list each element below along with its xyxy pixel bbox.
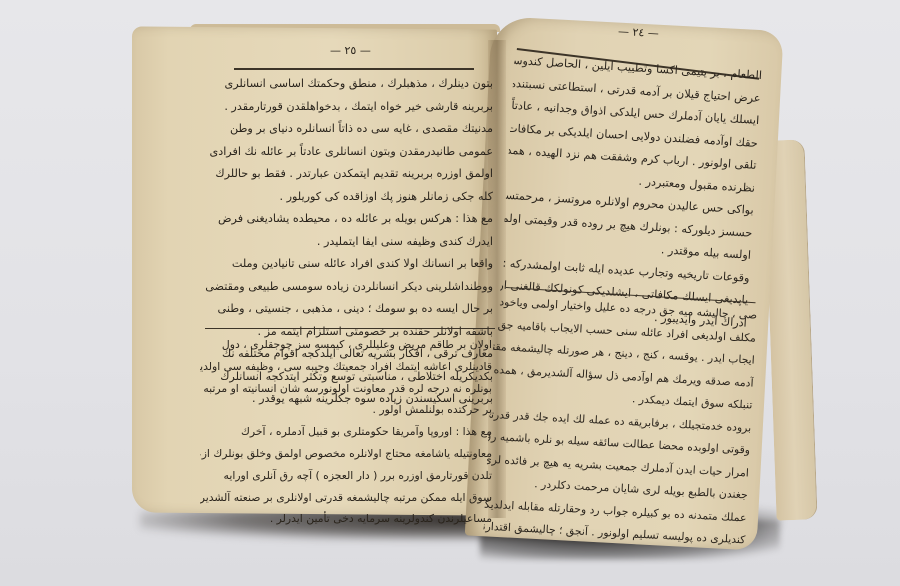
text-line: ووطنداشلرينى ديكر انسانلردن زياده سومسى … xyxy=(203,276,493,299)
text-line: مدنيتك مقصدى ، غايه سى ده ذاتاً انسانلره… xyxy=(203,118,493,141)
right-page-footnote: صى ، چاليشه ميه جق درجه ده عليل واختيار … xyxy=(483,291,758,552)
footnote-line: مساعيلرندن كندولرينه سرمايه دخى تأمين اي… xyxy=(200,508,492,530)
text-line: بربرينه قارشى خير خواه ايتمك ، بدخواهلقد… xyxy=(203,96,493,119)
text-line: عمومى طانيدرمقدن وبتون انسانلرى عادتاً ب… xyxy=(203,141,493,164)
left-footnote-rule xyxy=(205,328,495,329)
text-line: واقعا بر انسانك اولا كندى افراد عائله سن… xyxy=(203,253,493,276)
footnote-line: مع هذا : اوروپا وآمريقا حكومتلرى بو قبيل… xyxy=(200,421,492,443)
footnote-line: سوق ايله ممكن مرتبه چاليشمغه قدرتى اولان… xyxy=(200,487,492,509)
left-page-number: — ٢٥ — xyxy=(330,44,371,57)
text-line: مع هذا : هركس بويله بر عائله ده ، محيطده… xyxy=(203,208,493,231)
footnote-line: اولان بر طاقم مريض وعليللرى ، كيمسه سز چ… xyxy=(200,334,492,356)
text-line: بر حال ايسه ده بو سومك ؛ دينى ، مذهبى ، … xyxy=(203,298,493,321)
left-header-rule xyxy=(234,68,474,70)
right-page-number: — ٢٤ — xyxy=(618,25,659,40)
left-page-footnote: اولان بر طاقم مريض وعليللرى ، كيمسه سز چ… xyxy=(200,334,492,530)
footnote-line: معاونتيله ياشامغه محتاج اولانلره مخصوص ا… xyxy=(200,443,492,465)
footnote-line: تلدن قورتارمق اوزره برر ( دار العجزه ) آ… xyxy=(200,465,492,487)
text-line: ايدرك كندى وظيفه سنى ايفا ايتمليدر . xyxy=(203,231,493,254)
footnote-line: بونلره نه درجه لره قدر معاونت اولونورسه … xyxy=(200,378,492,400)
text-line: بتون دينلرك ، مذهبلرك ، منطق وحكمتك اساس… xyxy=(203,73,493,96)
text-line: اولمق اوزره بربرينه تقديم ايتمكدن عبارتد… xyxy=(203,163,493,186)
right-page-body: الطعام ، بر يتيمى اكسا وتطييب ايلين ، ال… xyxy=(499,50,763,335)
text-line: كله جكى زمانلر هنوز پك اوزاقده كى كوريلو… xyxy=(203,186,493,209)
footnote-line: قادينلرى اعاشه ايتمك افراد جمعيتك وجيبه … xyxy=(200,356,492,378)
photo-scene: — ٢٥ — بتون دينلرك ، مذهبلرك ، منطق وحكم… xyxy=(0,0,900,586)
footnote-line: بر حركتده بولنلمش اولور . xyxy=(200,399,492,421)
